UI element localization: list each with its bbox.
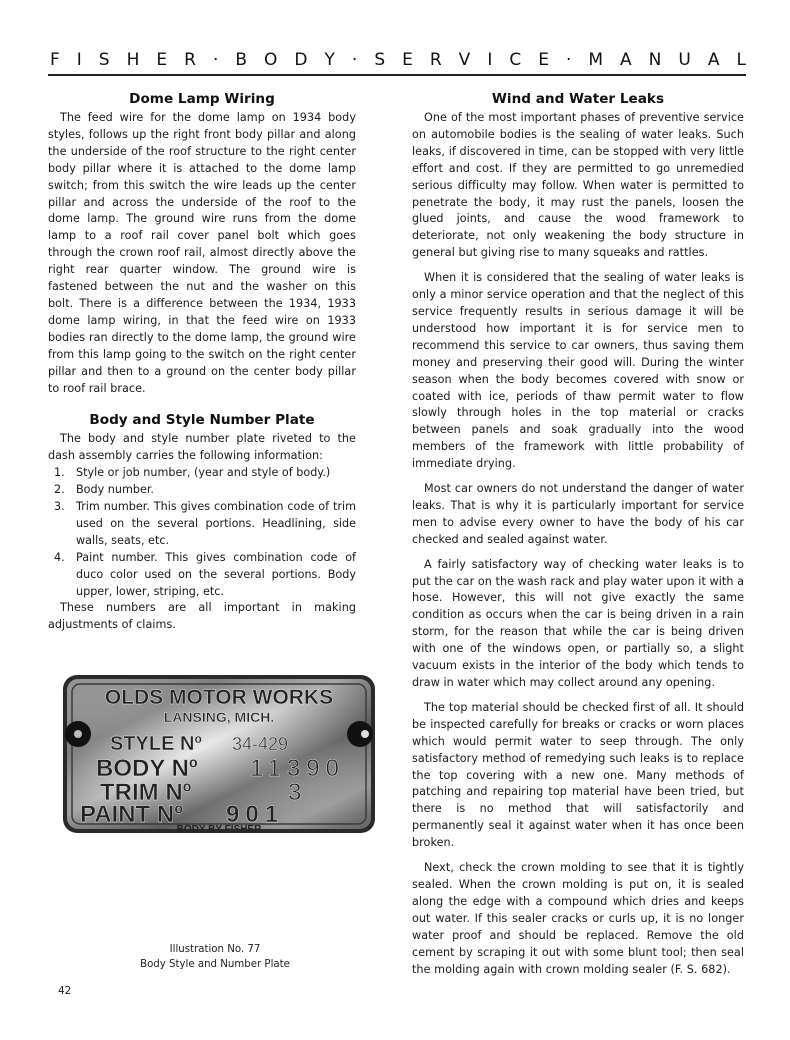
- number-plate-photo: OLDS MOTOR WORKS LANSING, MICH. STYLE Nº…: [60, 672, 378, 836]
- list-text: Style or job number, (year and style of …: [76, 466, 330, 479]
- header-letter: H: [127, 50, 140, 70]
- header-separator: ·: [566, 50, 571, 70]
- body-paragraph: When it is considered that the sealing o…: [412, 270, 744, 473]
- plate-line-2: LANSING, MICH.: [164, 709, 274, 725]
- list-item: 1.Style or job number, (year and style o…: [48, 465, 356, 482]
- header-separator: ·: [352, 50, 357, 70]
- header-letter: B: [235, 50, 247, 70]
- header-letter: F: [50, 50, 60, 70]
- header-letter: O: [264, 50, 277, 70]
- header-letter: V: [459, 50, 471, 70]
- body-paragraph: A fairly satisfactory way of checking wa…: [412, 557, 744, 692]
- plate-style-label: STYLE Nº: [110, 733, 202, 755]
- page-number: 42: [58, 985, 71, 997]
- plate-body-label: BODY Nº: [96, 755, 198, 782]
- header-letter: N: [649, 50, 662, 70]
- right-column: Wind and Water Leaks One of the most imp…: [412, 90, 744, 986]
- list-number: 2.: [54, 482, 65, 499]
- caption-title: Body Style and Number Plate: [40, 957, 390, 972]
- header-letter: M: [588, 50, 603, 70]
- plate-style-value: 34-429: [232, 734, 288, 754]
- plate-footer: BODY BY FISHER: [177, 824, 262, 835]
- body-paragraph: The top material should be checked first…: [412, 700, 744, 852]
- section-heading: Dome Lamp Wiring: [48, 90, 356, 109]
- header-letter: D: [294, 50, 307, 70]
- plate-paint-label: PAINT Nº: [80, 801, 183, 828]
- section-dome-lamp-wiring: Dome Lamp Wiring The feed wire for the d…: [48, 90, 356, 397]
- header-letter: R: [430, 50, 442, 70]
- header-letter: U: [678, 50, 690, 70]
- list-item: 2.Body number.: [48, 482, 356, 499]
- plate-line-1: OLDS MOTOR WORKS: [105, 686, 333, 709]
- list-item: 4.Paint number. This gives combination c…: [48, 550, 356, 601]
- header-letter: C: [509, 50, 521, 70]
- body-paragraph: The body and style number plate riveted …: [48, 431, 356, 465]
- section-heading: Wind and Water Leaks: [412, 90, 744, 109]
- list-number: 4.: [54, 550, 65, 567]
- header-rule: [48, 74, 746, 76]
- header-letter: L: [736, 50, 745, 70]
- header-letter: E: [156, 50, 167, 70]
- left-column: Dome Lamp Wiring The feed wire for the d…: [48, 90, 356, 634]
- header-separator: ·: [213, 50, 218, 70]
- list-text: Paint number. This gives combination cod…: [76, 551, 356, 598]
- list-item: 3.Trim number. This gives combination co…: [48, 499, 356, 550]
- section-body-style-number-plate: Body and Style Number Plate The body and…: [48, 411, 356, 634]
- list-text: Trim number. This gives combination code…: [76, 500, 356, 547]
- header-letter: Y: [325, 50, 335, 70]
- list-text: Body number.: [76, 483, 154, 496]
- figure-caption: Illustration No. 77 Body Style and Numbe…: [40, 942, 390, 972]
- running-header: F I S H E R · B O D Y · S E R V I C E · …: [50, 44, 746, 70]
- section-heading: Body and Style Number Plate: [48, 411, 356, 430]
- numbered-list: 1.Style or job number, (year and style o…: [48, 465, 356, 600]
- header-letter: R: [184, 50, 196, 70]
- caption-number: Illustration No. 77: [40, 942, 390, 957]
- header-letter: E: [538, 50, 549, 70]
- header-letter: I: [487, 50, 492, 70]
- list-number: 3.: [54, 499, 65, 516]
- header-letter: E: [402, 50, 413, 70]
- body-paragraph: These numbers are all important in makin…: [48, 600, 356, 634]
- body-paragraph: One of the most important phases of prev…: [412, 110, 744, 262]
- body-paragraph: Next, check the crown molding to see tha…: [412, 860, 744, 978]
- plate-trim-value: 3: [288, 779, 301, 806]
- body-paragraph: The feed wire for the dome lamp on 1934 …: [48, 110, 356, 397]
- header-letter: I: [77, 50, 82, 70]
- header-letter: A: [620, 50, 632, 70]
- header-letter: S: [99, 50, 110, 70]
- body-paragraph: Most car owners do not understand the da…: [412, 481, 744, 549]
- header-letter: A: [708, 50, 720, 70]
- list-number: 1.: [54, 465, 65, 482]
- plate-body-value: 11390: [250, 755, 345, 782]
- header-letter: S: [374, 50, 385, 70]
